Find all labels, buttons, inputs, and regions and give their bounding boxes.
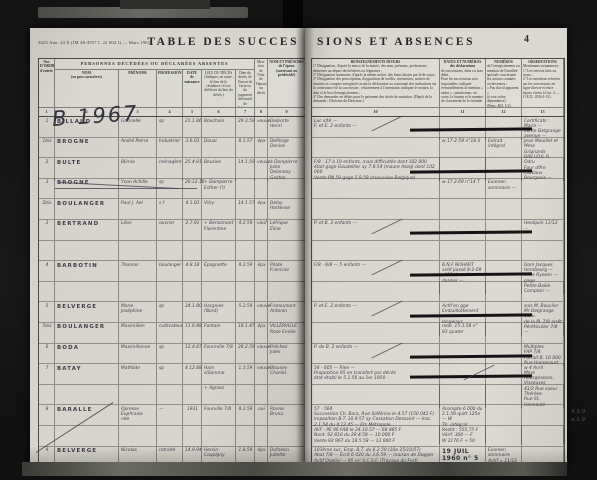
table-row [39, 426, 306, 447]
cell-num: Examen sommaire — [486, 179, 522, 199]
table-row [312, 282, 564, 303]
cell-n: 8 [39, 405, 55, 425]
cell-dd: 4.2.59 [236, 220, 255, 240]
cell-men: épx [255, 323, 268, 343]
cell-nom [55, 241, 119, 261]
cell-pre: Mathilde [119, 364, 157, 384]
cell-nom: BARBOTIN [55, 261, 119, 281]
cell-pre: André Pierre [119, 138, 157, 158]
cell-men [255, 179, 268, 199]
cell-num [486, 282, 522, 302]
right-table: RENSEIGNEMENTS DIVERS1° Désignation, d'a… [311, 58, 565, 468]
header-col-number: 6 [202, 107, 236, 116]
cell-dn: 11.6.88 [183, 323, 202, 343]
header-group-label: PERSONNES DÉCÉDÉES OU DÉCLARÉES ABSENTES [55, 59, 255, 70]
cell-lieu: + Berlaimont Florentine [202, 220, 236, 240]
cell-dd [236, 426, 255, 446]
cell-dd: 14.1.59 [236, 158, 255, 181]
book-bottom-edge [22, 462, 567, 476]
date-stamp: 19 JUIL 1960 n° 5 [442, 448, 479, 462]
cell-nom: BATAY [55, 364, 119, 384]
cell-ep: Delay Hortense [268, 199, 306, 219]
cell-ep: Préchez Jules [268, 344, 306, 364]
cell-prof: ménagère [157, 158, 183, 181]
cell-lieu: Bouchain [202, 117, 236, 137]
cell-dn: 1931 [183, 405, 202, 425]
header-cell: DATE de naissance [183, 70, 202, 107]
table-row: 57 - 564 Succession Ch. Bara, Rue Solfér… [312, 405, 564, 426]
table-row: 1bisBROGNEAndré PierreIndustriel3.6.03Do… [39, 138, 306, 159]
cell-dd [236, 282, 255, 302]
cell-dn: 4.1.03 [183, 199, 202, 219]
cell-dn [183, 385, 202, 405]
cell-dates [440, 282, 486, 302]
cell-dn: 4.12.88 [183, 364, 202, 384]
header-col-number: 5 [183, 107, 202, 116]
left-table-body: 1BILLAUDGabriellesp21.1.86Bouchain29.3.5… [39, 117, 306, 467]
table-row: + Agniez [39, 385, 306, 406]
cell-pre: Léon [119, 220, 157, 240]
cell-dd [236, 179, 255, 199]
scanned-register-spread: 3625 Ann. 43 E (IM 48-4957 I. 22 904 I) … [0, 0, 597, 480]
header-col-number: 9 [268, 107, 306, 116]
cell-dates [440, 385, 486, 405]
cell-ep [268, 426, 306, 446]
cell-men: veuve [255, 158, 268, 181]
cell-dates: mob. 15.3.58 n° 83 quater [440, 323, 486, 343]
cell-obs [522, 199, 564, 219]
cell-men: veuve [255, 364, 268, 384]
cell-dn: 25.4.91 [183, 158, 202, 181]
cell-n: 1bis [39, 138, 55, 158]
cell-num [486, 385, 522, 405]
cell-nom [55, 426, 119, 446]
cell-dd [236, 385, 255, 405]
header-cell-ordre: Nos D'ORDRE d'entrée [39, 59, 55, 107]
cell-obs [522, 282, 564, 302]
cell-nom [55, 282, 119, 302]
header-cell: LIEU DU DÉCÈS (Indiquer, en outre, le li… [202, 70, 236, 107]
cell-dd: 1.3.59 [236, 364, 255, 384]
cell-nom: BULTE [55, 158, 119, 181]
cell-rens [312, 323, 440, 343]
cell-dd: 18.1.47 [236, 323, 255, 343]
cell-prof [157, 426, 183, 446]
form-reference: 3625 Ann. 43 E (IM 48-4957 I. 22 904 I) … [38, 40, 150, 45]
cell-prof: ouvrier [157, 220, 183, 240]
cell-ep: Blousey Charles [268, 364, 306, 384]
header-col-number: 8 [255, 107, 268, 116]
cell-men [255, 385, 268, 405]
page-number: 4 [524, 34, 529, 45]
cell-obs [522, 323, 564, 343]
header-col-number: 7 [236, 107, 255, 116]
cell-prof: sp [157, 117, 183, 137]
cell-ep [268, 282, 306, 302]
cell-ep: VILLERVILLE Rose Emilie [268, 323, 306, 343]
cell-n [39, 241, 55, 261]
cell-rens [312, 426, 440, 446]
cell-n [39, 282, 55, 302]
header-col-number: 10 [312, 107, 440, 116]
cell-prof: sp [157, 344, 183, 364]
header-cell-epoux: NOM ET PRÉNOMS de l'époux (survivant ou … [268, 59, 306, 107]
table-row: 6BODAMaximiliennesp12.4.87Fourmille 7/82… [39, 344, 306, 365]
cell-prof: s f [157, 199, 183, 219]
table-row: 58 - 605 — Rien — Proposition 95 en tran… [312, 364, 564, 385]
cell-dn [183, 282, 202, 302]
cell-ep: Delporte Henri [268, 117, 306, 137]
header-col-number: 4 [157, 107, 183, 116]
table-row: 7BATAYMathildesp4.12.88Ham s/Somme1.3.59… [39, 364, 306, 385]
cell-obs [522, 241, 564, 261]
cell-men [255, 426, 268, 446]
table-row: w 17.2.69 n°14 TExamen sommaire — [312, 179, 564, 200]
cell-pre [119, 282, 157, 302]
header-col-number: 11 [440, 107, 486, 116]
cell-pre: Thomas [119, 261, 157, 281]
cell-pre [119, 241, 157, 261]
cell-dn: 2.7.91 [183, 220, 202, 240]
cell-dn [183, 241, 202, 261]
table-row: Luc s/té — F. et E. 2 enfants —Certifica… [312, 117, 564, 138]
cell-obs [522, 385, 564, 405]
header-cell: RENSEIGNEMENTS DIVERS1° Désignation, d'a… [312, 59, 440, 107]
cell-ep: Ronne Bruna [268, 405, 306, 425]
cell-ep: Delforge Denise [268, 138, 306, 158]
page-title-right: SIONS ET ABSENCES [317, 36, 475, 48]
cell-ep: Fromumont Antonin [268, 302, 306, 322]
cell-prof: cultivateur [157, 323, 183, 343]
cell-pre [119, 385, 157, 405]
table-row [312, 199, 564, 220]
cell-rens: P. et B. 2 enfants — [312, 220, 440, 240]
cell-n: 6 [39, 344, 55, 364]
table-row: 5bisBOULANGERMaximiliencultivateur11.6.8… [39, 323, 306, 344]
cell-nom: BELVERGE [55, 302, 119, 322]
cell-lieu: + Dompierre Esther (?) [202, 179, 236, 199]
cell-dd: 14.1.57 [236, 199, 255, 219]
cell-obs [522, 426, 564, 446]
cell-dn: 4.8.18 [183, 261, 202, 281]
cell-dn: 24.1.80 [183, 302, 202, 322]
cell-dn [183, 426, 202, 446]
table-row: 5BELVERGEMarie Joséphinesp24.1.80Hargnie… [39, 302, 306, 323]
cell-nom: BOULANGER [55, 199, 119, 219]
cell-men: épx [255, 138, 268, 158]
cell-dates [440, 241, 486, 261]
cell-lieu: Fontain [202, 323, 236, 343]
cell-men: épx [255, 199, 268, 219]
cell-n: 3 [39, 220, 55, 240]
cell-ep: à Dompierre Jules Delannoy Gaston [268, 158, 306, 181]
header-cell: NOM (en gros caractères) [55, 70, 119, 107]
table-row: 4BARBOTINThomasboulanger4.8.18Épagnette8… [39, 261, 306, 282]
cell-prof [157, 385, 183, 405]
cell-nom: BROGNE [55, 138, 119, 158]
table-row: mob. 15.3.58 n° 83 quater [312, 323, 564, 344]
cell-ep [268, 385, 306, 405]
cell-num [486, 426, 522, 446]
cell-nom [55, 385, 119, 405]
table-row: 2BULTEBlimiaménagère25.4.91Bousies14.1.5… [39, 158, 306, 179]
cell-dn: 12.4.87 [183, 344, 202, 364]
right-table-body: Luc s/té — F. et E. 2 enfants —Certifica… [312, 117, 564, 467]
cell-lieu [202, 426, 236, 446]
table-row: F/8 - 8/8 — 5 enfants —B.N.F NOHART acti… [312, 261, 564, 282]
cell-dates [440, 426, 486, 446]
right-table-header: RENSEIGNEMENTS DIVERS1° Désignation, d'a… [312, 59, 564, 117]
cell-dn: 21.1.86 [183, 117, 202, 137]
header-col-number: 13 [522, 107, 564, 116]
table-row [39, 241, 306, 262]
cell-lieu: Vitry [202, 199, 236, 219]
cell-lieu [202, 282, 236, 302]
cell-lieu: Douai [202, 138, 236, 158]
cell-pre: Marie Joséphine [119, 302, 157, 322]
cell-men [255, 241, 268, 261]
table-row [312, 385, 564, 406]
cell-nom: BERTRAND [55, 220, 119, 240]
cell-dd: 5.2.59 [236, 302, 255, 322]
table-row: P. et E. 2 enfants —Actif en gge Embaill… [312, 302, 564, 323]
cell-nom: BARALLE [55, 405, 119, 425]
cell-obs [522, 179, 564, 199]
table-row: w 17-2-59 n°18 SExtrait intégralJean Mou… [312, 138, 564, 159]
cell-lieu: Fourmille 7/8 [202, 344, 236, 364]
cell-rens [312, 199, 440, 219]
cell-dd: 8.1.57 [236, 138, 255, 158]
table-row [312, 241, 564, 262]
cell-n: 2bis [39, 199, 55, 219]
cell-dates [440, 220, 486, 240]
cell-rens [312, 179, 440, 199]
cell-n [39, 385, 55, 405]
table-row: F/8 - 17 à 19 enfants, mais difficultés … [312, 158, 564, 179]
cell-rens [312, 282, 440, 302]
cell-pre: Paul J. Ael [119, 199, 157, 219]
cell-dates: w 17.2.69 n°14 T [440, 179, 486, 199]
cell-n: 2 [39, 158, 55, 181]
cell-num [486, 323, 522, 343]
cell-pre [119, 426, 157, 446]
cell-men: veuve [255, 117, 268, 137]
cell-n: 7 [39, 364, 55, 384]
cell-n: 4 [39, 261, 55, 281]
cell-nom: BOULANGER [55, 323, 119, 343]
cell-men: veuve [255, 344, 268, 364]
cell-ep [268, 241, 306, 261]
cell-prof: boulanger [157, 261, 183, 281]
header-cell: OBSERVATIONSMentionner notamment : 1° Le… [522, 59, 564, 107]
header-cell: PROFESSION [157, 70, 183, 107]
cell-rens [312, 241, 440, 261]
cell-men: oui [255, 405, 268, 425]
right-page: SIONS ET ABSENCES 4 RENSEIGNEMENTS DIVER… [305, 28, 567, 466]
cell-men: veuf [255, 220, 268, 240]
cell-men [255, 282, 268, 302]
cell-ep: Lefrique Éline [268, 220, 306, 240]
cell-prof [157, 282, 183, 302]
cell-prof: Industriel [157, 138, 183, 158]
cell-n [39, 426, 55, 446]
cell-nom: BODA [55, 344, 119, 364]
cell-men: épx [255, 261, 268, 281]
cell-pre: Maximilienne [119, 344, 157, 364]
cell-lieu: Hargnies (Nord) [202, 302, 236, 322]
table-row: P. de B. 2 enfants —Multiples FAP 7/8 Fo… [312, 344, 564, 365]
table-row: P. et B. 2 enfants —Heulquin 11/12 — [312, 220, 564, 241]
cell-rens: F/8 - 17 à 19 enfants, mais difficultés … [312, 158, 440, 181]
cell-lieu: Fourville 7/8 [202, 405, 236, 425]
cell-ep [268, 179, 306, 199]
cell-pre: Blimia [119, 158, 157, 181]
book-top-edge-dark [120, 0, 210, 9]
cell-dates [440, 199, 486, 219]
cell-n: 5 [39, 302, 55, 322]
cell-n: 3 [39, 179, 55, 199]
cell-men: veuve [255, 302, 268, 322]
left-page: 3625 Ann. 43 E (IM 48-4957 I. 22 904 I) … [30, 28, 305, 464]
cell-lieu: Épagnette [202, 261, 236, 281]
table-row: 3BERTRANDLéonouvrier2.7.91+ Berlaimont F… [39, 220, 306, 241]
table-row [312, 426, 564, 447]
cell-lieu: Ham s/Somme [202, 364, 236, 384]
cell-dd: 8.2.59 [236, 261, 255, 281]
cell-dd: 29.3.58 [236, 117, 255, 137]
header-cell: NUMÉROSde l'enregistrement ou mention de… [486, 59, 522, 107]
cell-prof: sp [157, 302, 183, 322]
cell-prof [157, 241, 183, 261]
header-cell-mention: Men-tion de l'état de l'époux au décès [255, 59, 268, 107]
header-cell: DATES ET NUMÉROS des déclarationsde succ… [440, 59, 486, 107]
cell-lieu [202, 241, 236, 261]
cell-dn: 3.6.03 [183, 138, 202, 158]
cell-num [486, 199, 522, 219]
table-row: 3BROGNEYvon Achillesp20.12.16+ Dompierre… [39, 179, 306, 200]
table-row: 2bisBOULANGERPaul J. Aels f4.1.03Vitry14… [39, 199, 306, 220]
cell-dd [236, 241, 255, 261]
cell-prof: — [157, 405, 183, 425]
cell-rens [312, 385, 440, 405]
cell-prof: sp [157, 364, 183, 384]
margin-note: 4.5.9 a.1.9 [571, 408, 585, 425]
cell-dd: 8.3.59 [236, 405, 255, 425]
cell-pre: Maximilien [119, 323, 157, 343]
cell-dd: 28.2.59 [236, 344, 255, 364]
page-title-left: TABLE DES SUCCES [147, 36, 299, 48]
cell-n: 5bis [39, 323, 55, 343]
cell-pre: Opresse Euphrasie née [119, 405, 157, 425]
cell-ep: Pilate Francine [268, 261, 306, 281]
cell-lieu: Bousies [202, 158, 236, 181]
table-row [39, 282, 306, 303]
cell-num [486, 241, 522, 261]
header-col-number: 12 [486, 107, 522, 116]
cell-lieu: + Agniez [202, 385, 236, 405]
header-cell: Date du décès, de l'envoi de l'acte ou d… [236, 70, 255, 107]
